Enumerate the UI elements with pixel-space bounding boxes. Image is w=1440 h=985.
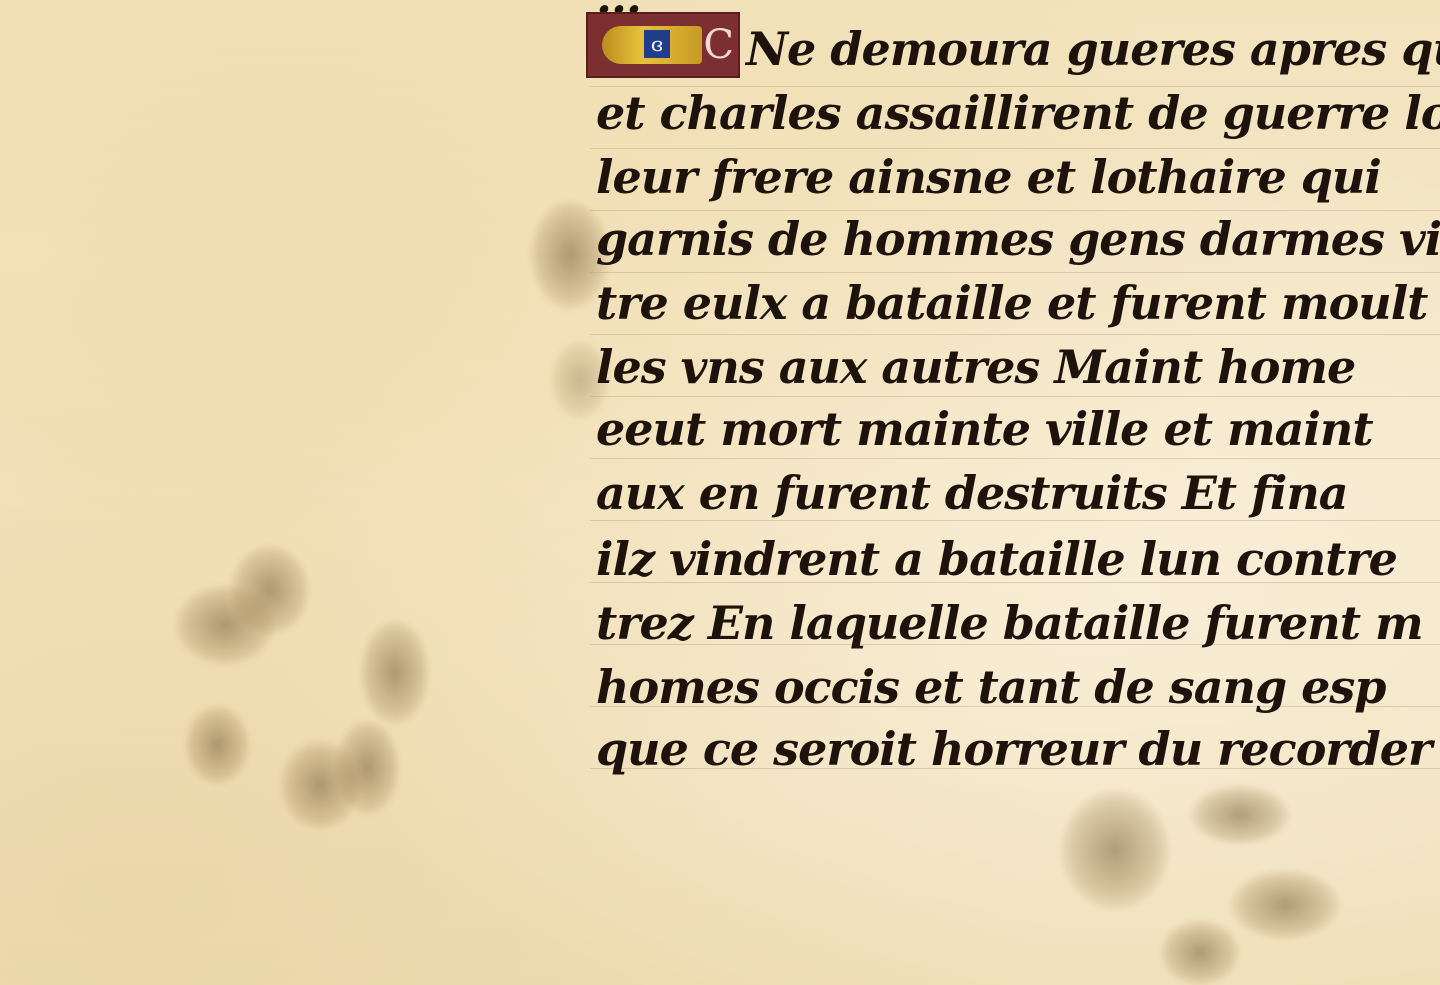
gold-infill: ɞ bbox=[602, 26, 702, 64]
initial-letter: C bbox=[703, 20, 734, 70]
decorated-initial: ɞ C bbox=[586, 12, 740, 78]
text-line-3: leur frere ainsne et lothaire qui bbox=[596, 150, 1381, 204]
text-line-8: aux en furent destruits Et fina bbox=[596, 466, 1348, 520]
text-line-4: garnis de hommes gens darmes vi bbox=[596, 212, 1440, 266]
text-line-12: que ce seroit horreur du recorder bbox=[596, 722, 1431, 776]
text-line-5: tre eulx a bataille et furent moult bbox=[596, 276, 1427, 330]
text-line-9: ilz vindrent a bataille lun contre bbox=[596, 532, 1397, 586]
blue-ornament-icon: ɞ bbox=[644, 30, 670, 58]
text-line-10: trez En laquelle bataille furent m bbox=[596, 596, 1423, 650]
text-line-6: les vns aux autres Maint home bbox=[596, 340, 1355, 394]
text-line-2: et charles assaillirent de guerre lo bbox=[596, 86, 1440, 140]
text-line-1: Ne demoura gueres apres qu bbox=[746, 22, 1440, 76]
text-line-7: eeut mort mainte ville et maint bbox=[596, 402, 1373, 456]
text-line-11: homes occis et tant de sang esp bbox=[596, 660, 1385, 714]
